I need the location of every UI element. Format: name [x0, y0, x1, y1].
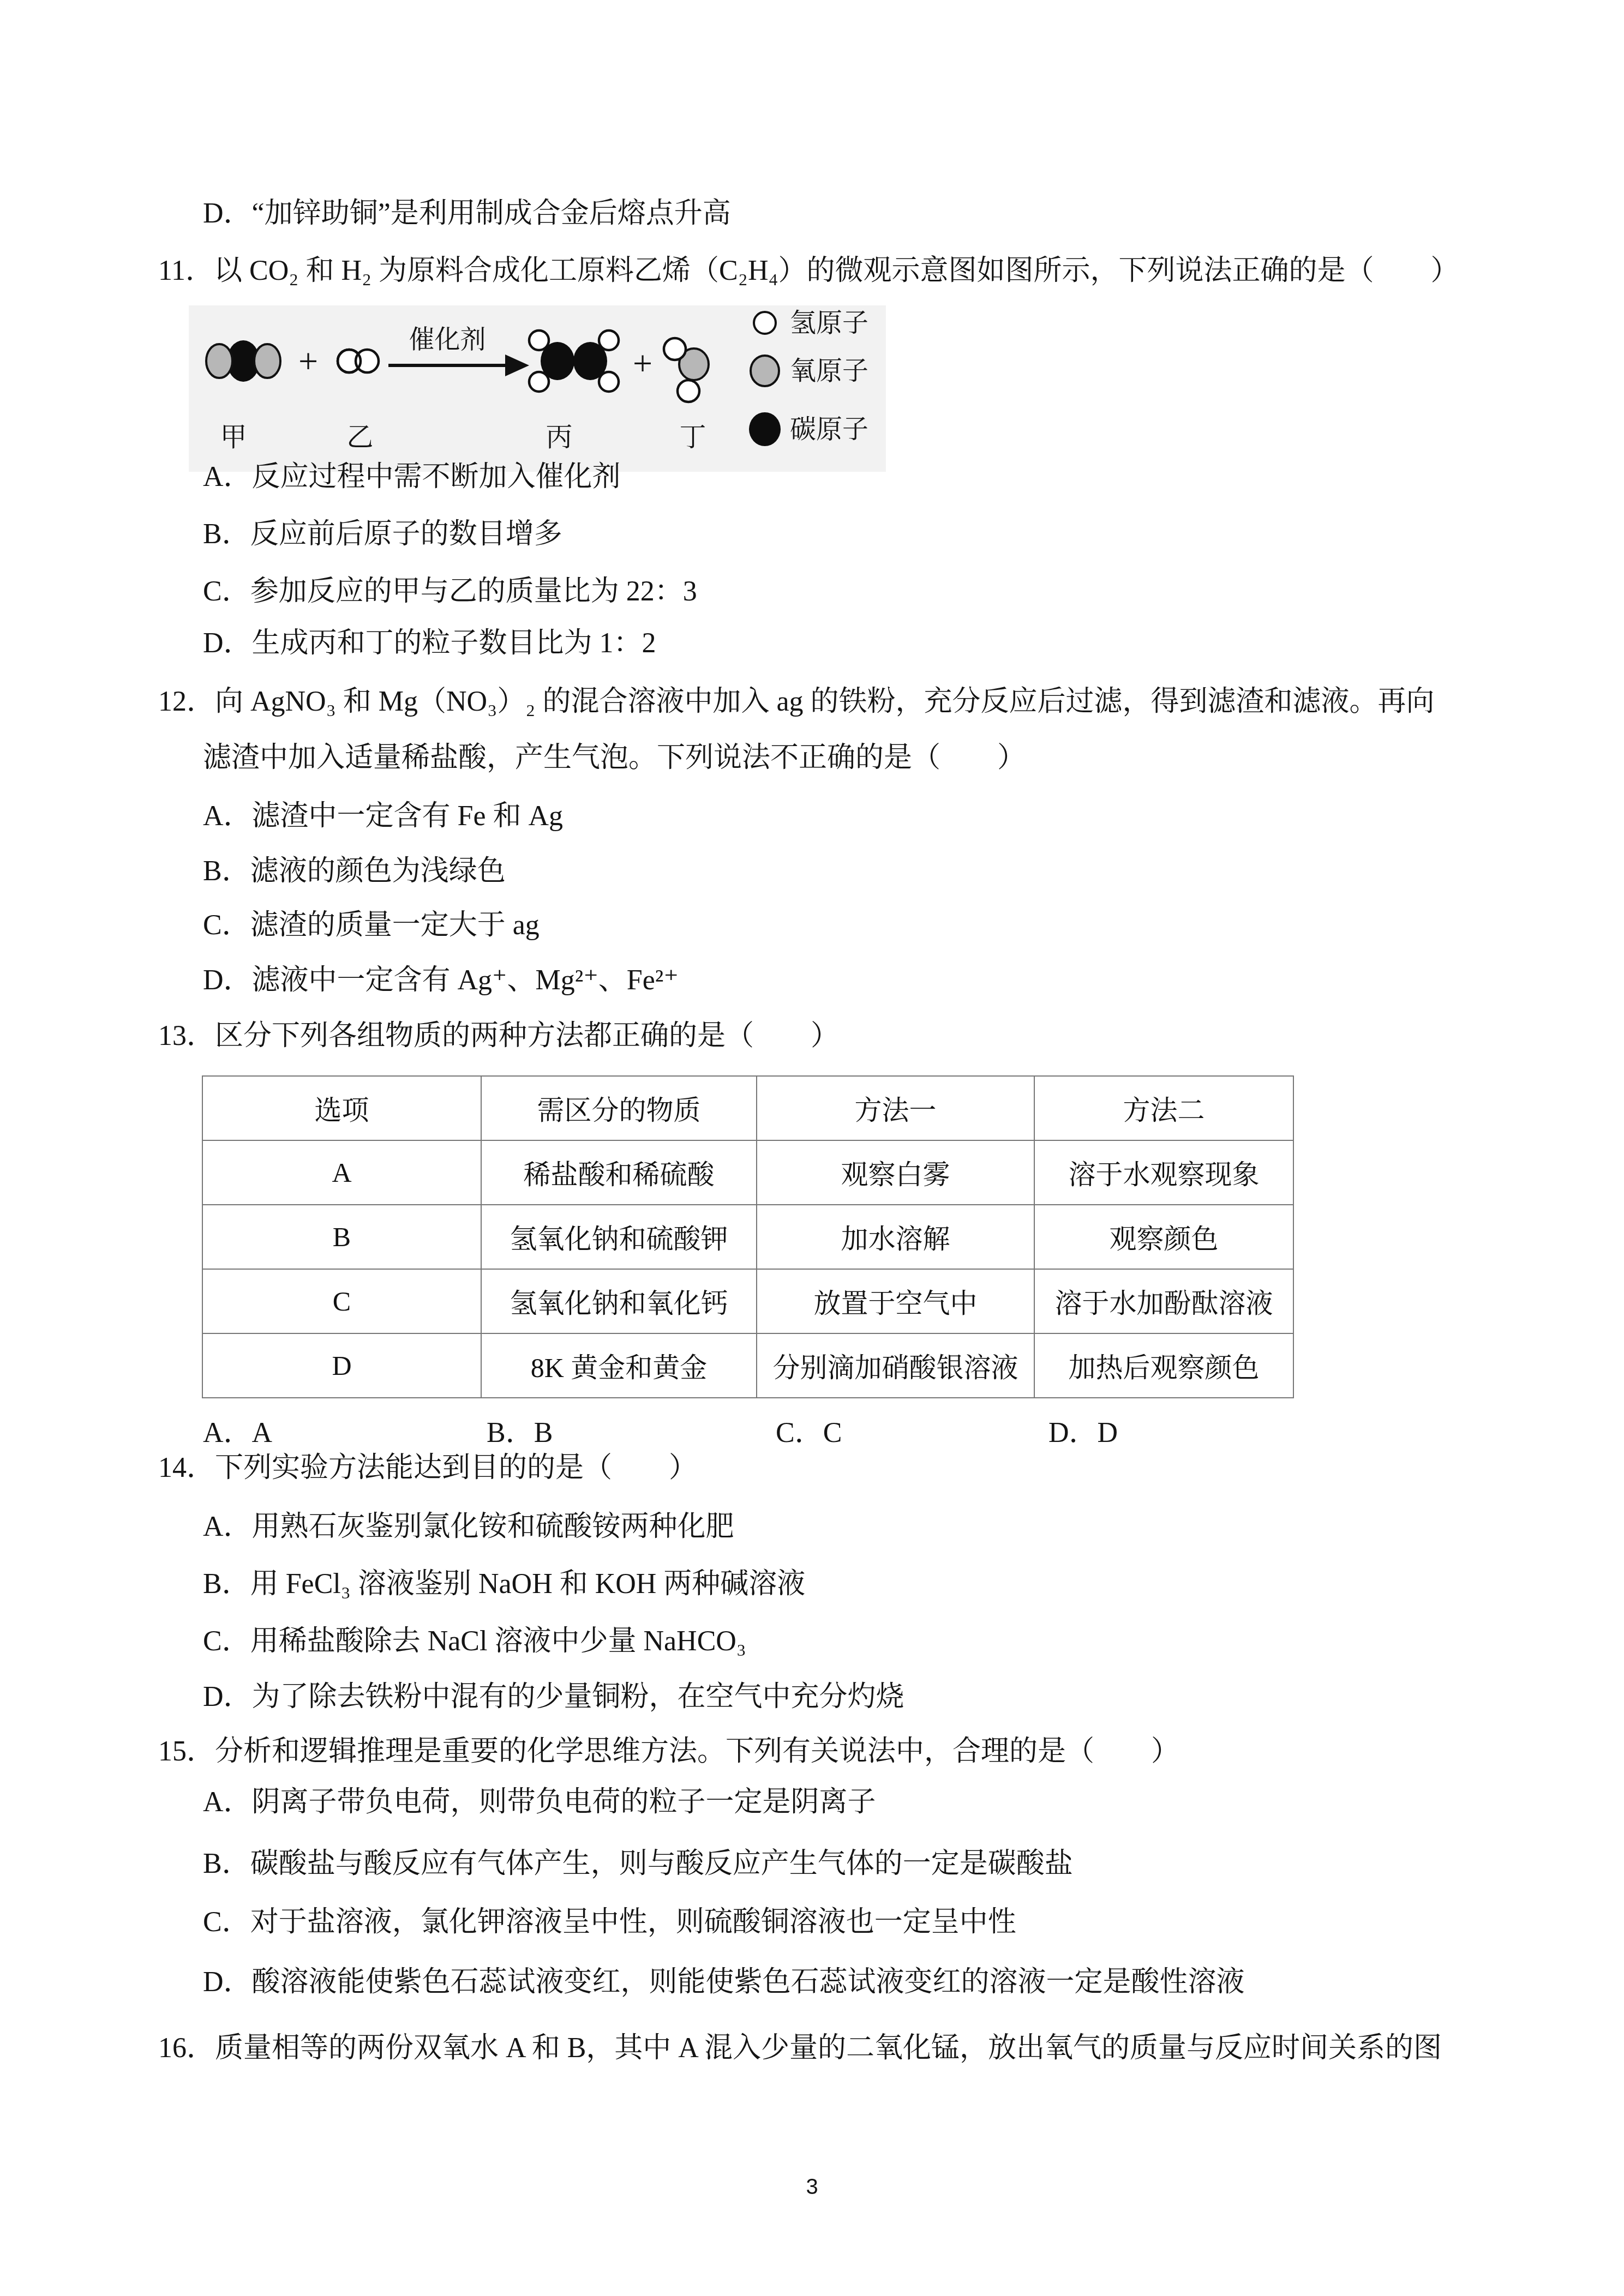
q11-option-d: D．生成丙和丁的粒子数目比为 1：2: [203, 627, 656, 660]
table-cell: 氢氧化钠和氧化钙: [481, 1269, 757, 1333]
q14-stem: 14．下列实验方法能达到目的的是（ ）: [158, 1451, 697, 1485]
table-cell: A: [202, 1140, 481, 1205]
table-cell: 放置于空气中: [757, 1269, 1034, 1333]
oxygen-atom: [206, 344, 232, 378]
table-cell: 加热后观察颜色: [1034, 1333, 1293, 1398]
q13-option-d: D．D: [1048, 1416, 1118, 1450]
table-cell: 分别滴加硝酸银溶液: [757, 1333, 1034, 1398]
hydrogen-atom-icon: [754, 312, 776, 334]
q11-stem: 11．以 CO₂ 和 H₂ 为原料合成化工原料乙烯（C₂H₄）的微观示意图如图所…: [158, 254, 1459, 288]
molecule-label-bing: 丙: [546, 422, 572, 452]
q14-option-c: C．用稀盐酸除去 NaCl 溶液中少量 NaHCO₃: [203, 1625, 746, 1658]
hydrogen-atom: [529, 372, 549, 392]
page-number: 3: [0, 2174, 1624, 2200]
q13-stem: 13．区分下列各组物质的两种方法都正确的是（ ）: [158, 1019, 839, 1053]
carbon-atom: [573, 342, 607, 380]
header-cell: 需区分的物质: [481, 1076, 757, 1140]
q15-stem: 15．分析和逻辑推理是重要的化学思维方法。下列有关说法中，合理的是（ ）: [158, 1735, 1179, 1769]
molecule-yi-h2: [338, 350, 379, 372]
hydrogen-atom: [664, 338, 686, 360]
molecule-label-jia: 甲: [220, 422, 247, 452]
q13-option-c: C．C: [776, 1416, 842, 1450]
q11-option-c: C．参加反应的甲与乙的质量比为 22：3: [203, 575, 697, 609]
q12-option-c: C．滤渣的质量一定大于 ag: [203, 909, 540, 942]
carbon-atom-icon: [749, 412, 781, 446]
q12-option-a: A．滤渣中一定含有 Fe 和 Ag: [203, 800, 563, 833]
carbon-atom: [541, 342, 574, 380]
header-cell: 方法二: [1034, 1076, 1293, 1140]
table-cell: B: [202, 1205, 481, 1269]
table-cell: 观察白雾: [757, 1140, 1034, 1205]
molecule-label-ding: 丁: [679, 422, 706, 452]
table-cell: D: [202, 1333, 481, 1398]
hydrogen-atom: [599, 372, 619, 392]
legend-label: 碳原子: [790, 415, 868, 444]
legend-item-oxygen: 氧原子: [751, 356, 868, 386]
q15-option-d: D．酸溶液能使紫色石蕊试液变红，则能使紫色石蕊试液变红的溶液一定是酸性溶液: [203, 1966, 1245, 1999]
q12-stem-line2: 滤渣中加入适量稀盐酸，产生气泡。下列说法不正确的是（ ）: [203, 741, 1026, 775]
q15-option-c: C．对于盐溶液，氯化钾溶液呈中性，则硫酸铜溶液也一定呈中性: [203, 1906, 1016, 1939]
legend-label: 氢原子: [790, 309, 868, 338]
hydrogen-atom: [599, 330, 619, 350]
hydrogen-atom: [529, 330, 549, 350]
hydrogen-atom: [356, 350, 379, 372]
q13-options-row: A．A B．B C．C D．D: [0, 1416, 1624, 1450]
plus-sign: +: [633, 344, 652, 383]
table-row: B 氢氧化钠和硫酸钾 加水溶解 观察颜色: [202, 1205, 1293, 1269]
q14-option-d: D．为了除去铁粉中混有的少量铜粉，在空气中充分灼烧: [203, 1680, 904, 1714]
table-cell: 溶于水加酚酞溶液: [1034, 1269, 1293, 1333]
table-row: C 氢氧化钠和氧化钙 放置于空气中 溶于水加酚酞溶液: [202, 1269, 1293, 1333]
oxygen-atom: [254, 344, 280, 378]
table-cell: 氢氧化钠和硫酸钾: [481, 1205, 757, 1269]
q13-table: 选项 需区分的物质 方法一 方法二 A 稀盐酸和稀硫酸 观察白雾 溶于水观察现象…: [202, 1075, 1294, 1398]
header-cell: 选项: [202, 1076, 481, 1140]
header-cell: 方法一: [757, 1076, 1034, 1140]
table-cell: 稀盐酸和稀硫酸: [481, 1140, 757, 1205]
q14-option-b: B．用 FeCl₃ 溶液鉴别 NaOH 和 KOH 两种碱溶液: [203, 1567, 805, 1601]
table-row: D 8K 黄金和黄金 分别滴加硝酸银溶液 加热后观察颜色: [202, 1333, 1293, 1398]
table-cell: 8K 黄金和黄金: [481, 1333, 757, 1398]
table-cell: C: [202, 1269, 481, 1333]
q11-reaction-diagram: + 催化剂 + 甲 乙: [185, 300, 895, 480]
plus-sign: +: [298, 342, 318, 381]
exam-page: D．“加锌助铜”是利用制成合金后熔点升高 11．以 CO₂ 和 H₂ 为原料合成…: [0, 0, 1624, 2296]
hydrogen-atom: [678, 380, 699, 402]
q10-option-d: D．“加锌助铜”是利用制成合金后熔点升高: [203, 197, 731, 231]
table-cell: 观察颜色: [1034, 1205, 1293, 1269]
q11-option-a: A．反应过程中需不断加入催化剂: [203, 460, 621, 494]
legend-item-carbon: 碳原子: [749, 412, 868, 446]
q11-option-b: B．反应前后原子的数目增多: [203, 518, 562, 551]
table-cell: 溶于水观察现象: [1034, 1140, 1293, 1205]
catalyst-label: 催化剂: [409, 326, 486, 354]
table-cell: 加水溶解: [757, 1205, 1034, 1269]
molecule-jia-co2: [206, 340, 280, 382]
table-row: A 稀盐酸和稀硫酸 观察白雾 溶于水观察现象: [202, 1140, 1293, 1205]
q15-option-a: A．阴离子带负电荷，则带负电荷的粒子一定是阴离子: [203, 1786, 876, 1819]
q12-option-b: B．滤液的颜色为浅绿色: [203, 855, 506, 888]
q14-option-a: A．用熟石灰鉴别氯化铵和硫酸铵两种化肥: [203, 1510, 734, 1544]
q12-stem-line1: 12．向 AgNO₃ 和 Mg（NO₃）₂ 的混合溶液中加入 ag 的铁粉，充分…: [158, 685, 1434, 719]
legend-label: 氧原子: [790, 357, 868, 386]
q13-option-a: A．A: [203, 1416, 272, 1450]
table-header-row: 选项 需区分的物质 方法一 方法二: [202, 1076, 1293, 1140]
q16-stem: 16．质量相等的两份双氧水 A 和 B，其中 A 混入少量的二氧化锰，放出氧气的…: [158, 2031, 1442, 2065]
molecule-label-yi: 乙: [346, 422, 373, 452]
q13-option-b: B．B: [487, 1416, 553, 1450]
oxygen-atom-icon: [751, 356, 779, 386]
q15-option-b: B．碳酸盐与酸反应有气体产生，则与酸反应产生气体的一定是碳酸盐: [203, 1847, 1073, 1881]
q12-option-d: D．滤液中一定含有 Ag⁺、Mg²⁺、Fe²⁺: [203, 964, 679, 997]
